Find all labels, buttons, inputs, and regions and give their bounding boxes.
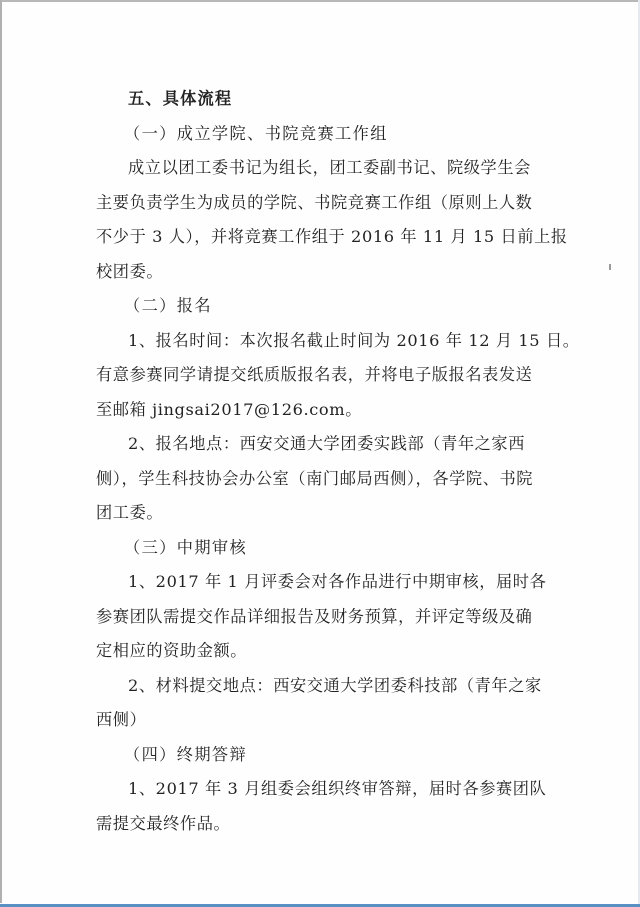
section-title: 五、具体流程 [96,82,536,117]
subsection-heading-3: （三）中期审核 [96,531,536,566]
paragraph-line: 1、报名时间：本次报名截止时间为 2016 年 12 月 15 日。 [96,324,536,359]
paragraph-line: 有意参赛同学请提交纸质版报名表，并将电子版报名表发送 [96,358,536,393]
paragraph-line: 定相应的资助金额。 [96,634,536,669]
paragraph-line: 成立以团工委书记为组长，团工委副书记、院级学生会 [96,151,536,186]
paragraph-line: 团工委。 [96,496,536,531]
paragraph-line: 校团委。 [96,255,536,290]
paragraph-line: 参赛团队需提交作品详细报告及财务预算，并评定等级及确 [96,600,536,635]
paragraph-line: 侧），学生科技协会办公室（南门邮局西侧），各学院、书院 [96,462,536,497]
subsection-heading-1: （一）成立学院、书院竞赛工作组 [96,117,536,152]
paragraph-line: 2、材料提交地点：西安交通大学团委科技部（青年之家 [96,669,536,704]
document-body: 五、具体流程 （一）成立学院、书院竞赛工作组 成立以团工委书记为组长，团工委副书… [96,82,536,841]
scan-artifact-mark [609,264,611,270]
paragraph-line: 2、报名地点：西安交通大学团委实践部（青年之家西 [96,427,536,462]
paragraph-line: 不少于 3 人），并将竞赛工作组于 2016 年 11 月 15 日前上报 [96,220,536,255]
paragraph-line: 西侧） [96,703,536,738]
email-line: 至邮箱 jingsai2017@126.com。 [96,393,536,428]
subsection-heading-2: （二）报名 [96,289,536,324]
paragraph-line: 主要负责学生为成员的学院、书院竞赛工作组（原则上人数 [96,186,536,221]
subsection-heading-4: （四）终期答辩 [96,738,536,773]
paragraph-line: 1、2017 年 3 月组委会组织终审答辩，届时各参赛团队 [96,772,536,807]
paragraph-line: 1、2017 年 1 月评委会对各作品进行中期审核，届时各 [96,565,536,600]
paragraph-line: 需提交最终作品。 [96,807,536,842]
